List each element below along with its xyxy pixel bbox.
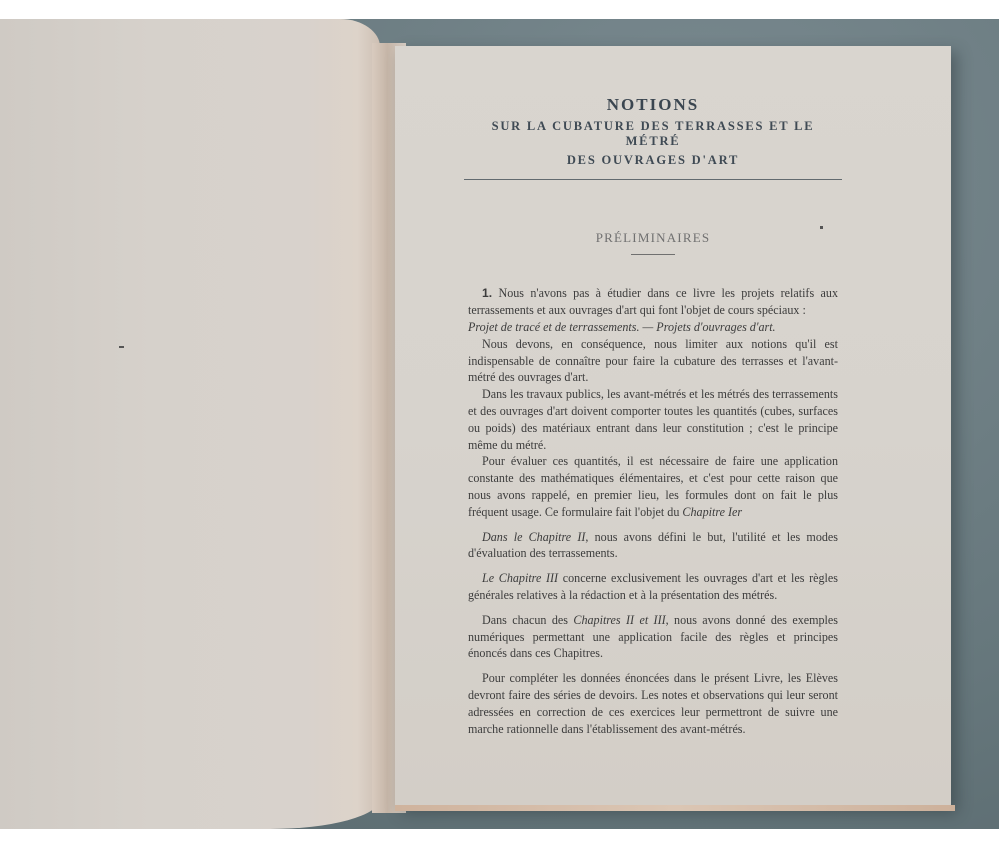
paragraph-5: Dans le Chapitre II, nous avons défini l… <box>468 529 838 563</box>
document-title: NOTIONS <box>468 95 838 115</box>
paragraph-8: Pour compléter les données énoncées dans… <box>468 670 838 737</box>
title-divider <box>464 179 842 180</box>
page-bottom-edge <box>395 805 955 811</box>
paragraph-1-italic: Projet de tracé et de terrassements. — P… <box>468 319 838 336</box>
paragraph-1: 1. Nous n'avons pas à étudier dans ce li… <box>468 285 838 319</box>
document-subtitle-line2: DES OUVRAGES D'ART <box>468 153 838 168</box>
paper-speck <box>119 346 124 348</box>
section-divider <box>631 254 675 255</box>
title-block: NOTIONS SUR LA CUBATURE DES TERRASSES ET… <box>468 95 838 168</box>
document-subtitle-line1: SUR LA CUBATURE DES TERRASSES ET LE MÉTR… <box>468 119 838 149</box>
section-heading: PRÉLIMINAIRES <box>468 230 838 246</box>
body-text: 1. Nous n'avons pas à étudier dans ce li… <box>468 285 838 737</box>
paragraph-7: Dans chacun des Chapitres II et III, nou… <box>468 612 838 662</box>
paragraph-number: 1. <box>482 286 492 300</box>
paragraph-4: Pour évaluer ces quantités, il est néces… <box>468 453 838 520</box>
paragraph-3: Dans les travaux publics, les avant-métr… <box>468 386 838 453</box>
page-content: NOTIONS SUR LA CUBATURE DES TERRASSES ET… <box>468 85 838 737</box>
paragraph-6: Le Chapitre III concerne exclusivement l… <box>468 570 838 604</box>
paragraph-2: Nous devons, en conséquence, nous limite… <box>468 336 838 386</box>
left-page-blank <box>0 19 380 829</box>
